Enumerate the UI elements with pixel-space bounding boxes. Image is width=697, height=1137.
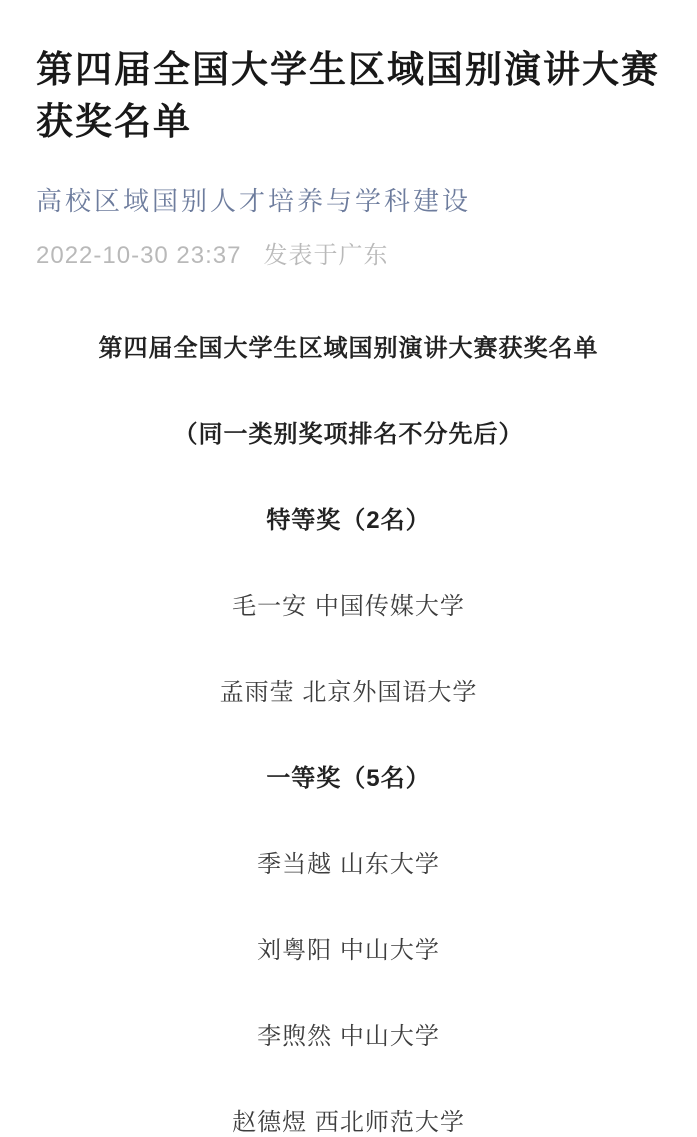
article-heading-title: 第四届全国大学生区域国别演讲大赛获奖名单 (36, 332, 661, 366)
award-tier-special: 特等奖（2名） (36, 504, 661, 538)
article-body: 第四届全国大学生区域国别演讲大赛获奖名单 （同一类别奖项排名不分先后） 特等奖（… (36, 332, 661, 1137)
winner-entry: 李煦然 中山大学 (36, 1020, 661, 1054)
article-heading-note: （同一类别奖项排名不分先后） (36, 418, 661, 452)
winner-entry: 毛一安 中国传媒大学 (36, 590, 661, 624)
publish-date: 2022-10-30 23:37 (36, 242, 242, 269)
winner-entry: 季当越 山东大学 (36, 848, 661, 882)
winner-entry: 赵德煜 西北师范大学 (36, 1106, 661, 1137)
winner-entry: 刘粤阳 中山大学 (36, 934, 661, 968)
award-tier-first: 一等奖（5名） (36, 762, 661, 796)
publish-meta: 2022-10-30 23:37发表于广东 (36, 242, 661, 270)
account-line: 高校区域国别人才培养与学科建设 (36, 186, 661, 216)
article-title: 第四届全国大学生区域国别演讲大赛获奖名单 (36, 44, 661, 148)
publish-location: 发表于广东 (264, 242, 389, 269)
account-name-link[interactable]: 高校区域国别人才培养与学科建设 (36, 186, 471, 216)
wechat-article-page: 第四届全国大学生区域国别演讲大赛获奖名单 高校区域国别人才培养与学科建设 202… (0, 0, 697, 1137)
winner-entry: 孟雨莹 北京外国语大学 (36, 676, 661, 710)
